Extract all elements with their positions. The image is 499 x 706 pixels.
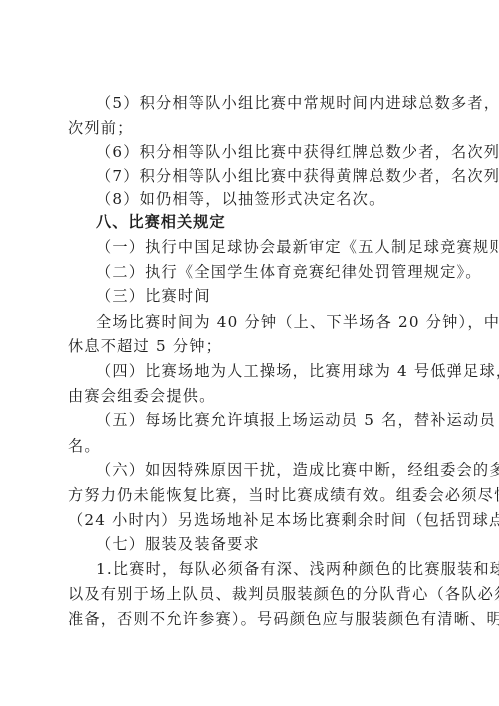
rule-item-6: （六）如因特殊原因干扰，造成比赛中断，经组委会的多 xyxy=(96,460,435,480)
tiebreak-rule-5-cont: 次列前； xyxy=(68,118,134,138)
tiebreak-rule-5: （5）积分相等队小组比赛中常规时间内进球总数多者，名 xyxy=(96,93,435,113)
uniform-rule-1-cont-2: 准备，否则不允许参赛）。号码颜色应与服装颜色有清晰、明 xyxy=(68,609,435,629)
rule-item-5-cont: 名。 xyxy=(68,436,101,456)
rule-item-6-cont-1: 方努力仍未能恢复比赛，当时比赛成绩有效。组委会必须尽快 xyxy=(68,485,435,505)
uniform-rule-1-cont-1: 以及有别于场上队员、裁判员服装颜色的分队背心（各队必须 xyxy=(68,584,435,604)
rule-item-6-cont-2: （24 小时内）另选场地补足本场比赛剩余时间（包括罚球点球）。 xyxy=(68,510,435,530)
rule-item-4: （四）比赛场地为人工操场，比赛用球为 4 号低弹足球， xyxy=(96,361,435,381)
rule-item-4-cont: 由赛会组委会提供。 xyxy=(68,386,216,406)
rule-item-2: （二）执行《全国学生体育竞赛纪律处罚管理规定》。 xyxy=(96,262,482,282)
tiebreak-rule-6: （6）积分相等队小组比赛中获得红牌总数少者，名次列前； xyxy=(96,142,435,162)
rule-item-7-title: （七）服装及装备要求 xyxy=(96,534,260,554)
tiebreak-rule-8: （8）如仍相等，以抽签形式决定名次。 xyxy=(96,189,385,209)
uniform-rule-1: 1.比赛时，每队必须备有深、浅两种颜色的比赛服装和球袜 xyxy=(96,559,435,579)
rule-item-3-title: （三）比赛时间 xyxy=(96,286,211,306)
rule-item-1: （一）执行中国足球协会最新审定《五人制足球竞赛规则》。 xyxy=(96,237,435,257)
tiebreak-rule-7: （7）积分相等队小组比赛中获得黄牌总数少者，名次列前。 xyxy=(96,166,435,186)
match-time-text-cont: 休息不超过 5 分钟； xyxy=(68,336,222,356)
match-time-text: 全场比赛时间为 40 分钟（上、下半场各 20 分钟），中场 xyxy=(96,312,435,332)
document-page: （5）积分相等队小组比赛中常规时间内进球总数多者，名 次列前； （6）积分相等队… xyxy=(0,0,499,706)
section-heading-8: 八、比赛相关规定 xyxy=(96,212,226,232)
rule-item-5: （五）每场比赛允许填报上场运动员 5 名，替补运动员 5 xyxy=(96,410,435,430)
